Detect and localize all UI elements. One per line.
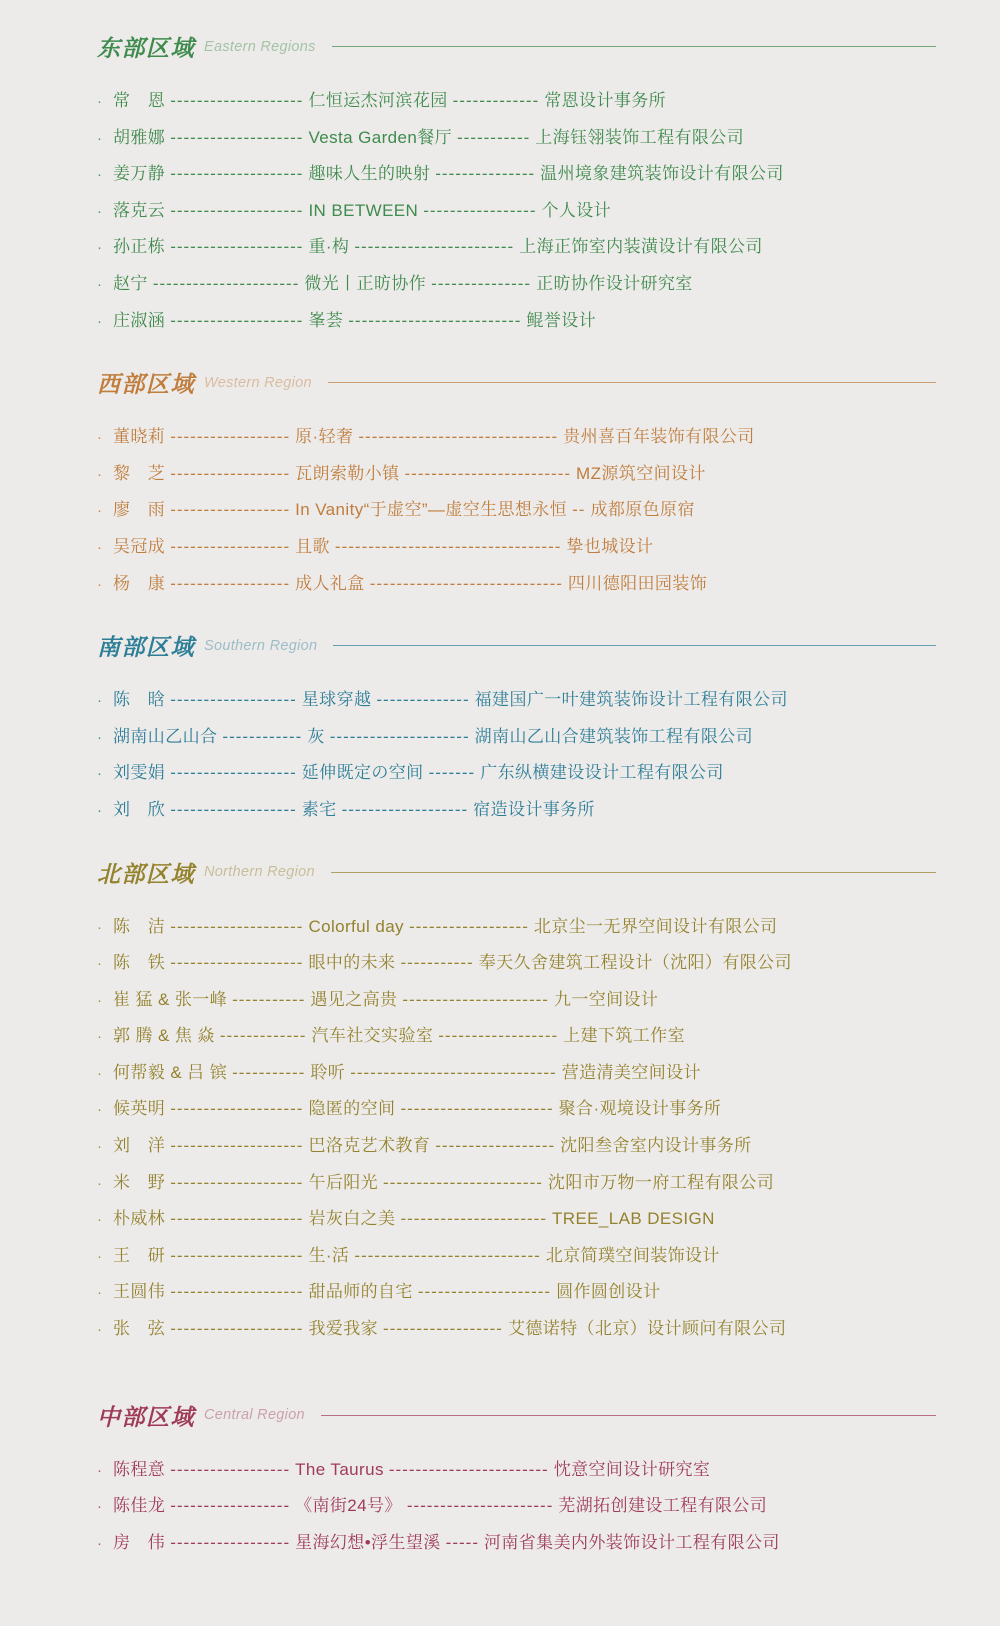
company-name: 艾德诺特（北京）设计顾问有限公司	[508, 1319, 786, 1338]
designer-name: 王圆伟	[113, 1282, 165, 1301]
entry-row: ·杨 康------------------成人礼盒--------------…	[97, 566, 936, 603]
designer-name: 吴冠成	[113, 537, 165, 556]
company-name: 个人设计	[541, 201, 611, 220]
dash-leader: -------------------	[342, 800, 469, 819]
project-name: IN BETWEEN	[308, 201, 418, 220]
bullet-dot-icon: ·	[97, 304, 113, 340]
project-name: 灰	[307, 727, 324, 746]
dash-leader: -----------	[400, 953, 473, 972]
region-title-zh: 南部区域	[97, 629, 195, 662]
company-name: 湖南山乙山合建筑装饰工程有限公司	[475, 727, 753, 746]
dash-leader: ------------------	[438, 1026, 558, 1045]
project-name: 眼中的未来	[308, 953, 395, 972]
dash-leader: ------------------	[435, 1136, 555, 1155]
sections-container: 东部区域 Eastern Regions ·常 恩---------------…	[97, 30, 936, 1561]
entry-row: ·董晓莉------------------原·轻奢--------------…	[97, 419, 936, 456]
dash-leader: ------------------------	[389, 1460, 549, 1479]
entry-list: ·董晓莉------------------原·轻奢--------------…	[97, 419, 936, 602]
dash-leader: ------------------	[170, 427, 290, 446]
bullet-dot-icon: ·	[97, 1239, 113, 1275]
designer-name: 张 弦	[113, 1319, 165, 1338]
entry-row: ·姜万静--------------------趣味人生的映射---------…	[97, 156, 936, 193]
company-name: 忱意空间设计研究室	[554, 1460, 711, 1479]
bullet-dot-icon: ·	[97, 194, 113, 230]
region-title-en: Northern Region	[204, 864, 315, 880]
bullet-dot-icon: ·	[97, 1453, 113, 1489]
dash-leader: -------	[429, 763, 476, 782]
dash-leader: ------------------	[383, 1319, 503, 1338]
dash-leader: ----------------------	[153, 274, 300, 293]
company-name: 挚也城设计	[566, 537, 653, 556]
entry-row: ·庄淑涵--------------------峯荟--------------…	[97, 303, 936, 340]
region-title-zh: 西部区域	[97, 366, 195, 399]
dash-leader: ------------	[222, 727, 302, 746]
entry-row: ·郭 腾 & 焦 焱-------------汽车社交实验室----------…	[97, 1018, 936, 1055]
region-header: 南部区域 Southern Region	[97, 629, 936, 662]
dash-leader: ------------------	[170, 1496, 290, 1515]
project-name: 微光丨正昉协作	[304, 274, 426, 293]
entry-row: ·湖南山乙山合------------灰--------------------…	[97, 719, 936, 756]
dash-leader: ----------------------	[402, 990, 549, 1009]
company-name: 上海正饰室内装潢设计有限公司	[519, 237, 763, 256]
company-name: 广东纵横建设设计工程有限公司	[480, 763, 724, 782]
dash-leader: --------------------	[418, 1282, 551, 1301]
region-title-en: Western Region	[204, 375, 312, 391]
entry-row: ·朴威林--------------------岩灰白之美-----------…	[97, 1201, 936, 1238]
dash-leader: --------------------	[170, 1319, 303, 1338]
company-name: 沈阳市万物一府工程有限公司	[548, 1173, 774, 1192]
project-name: In Vanity“于虚空”—虚空生思想永恒	[295, 500, 567, 519]
dash-leader: --------------------	[170, 1136, 303, 1155]
designer-name: 黎 芝	[113, 464, 165, 483]
company-name: 温州境象建筑装饰设计有限公司	[540, 164, 784, 183]
entry-row: ·张 弦--------------------我爱我家------------…	[97, 1311, 936, 1348]
designer-name: 候英明	[113, 1099, 165, 1118]
dash-leader: -----------	[457, 128, 530, 147]
dash-leader: ------------------	[409, 917, 529, 936]
company-name: 福建国广一叶建筑装饰设计工程有限公司	[475, 690, 788, 709]
entry-row: ·胡雅娜--------------------Vesta Garden餐厅--…	[97, 120, 936, 157]
dash-leader: -------------	[453, 91, 540, 110]
project-name: Vesta Garden餐厅	[308, 128, 452, 147]
designer-name: 陈程意	[113, 1460, 165, 1479]
dash-leader: ------------------	[170, 500, 290, 519]
entry-list: ·陈 洁--------------------Colorful day----…	[97, 909, 936, 1348]
dash-leader: --------------------	[170, 201, 303, 220]
bullet-dot-icon: ·	[97, 567, 113, 603]
designer-name: 落克云	[113, 201, 165, 220]
dash-leader: -----------	[232, 1063, 305, 1082]
bullet-dot-icon: ·	[97, 946, 113, 982]
entry-row: ·王 研--------------------生·活-------------…	[97, 1238, 936, 1275]
company-name: 聚合·观境设计事务所	[559, 1099, 722, 1118]
entry-row: ·黎 芝------------------瓦朗索勒小镇------------…	[97, 456, 936, 493]
project-name: 汽车社交实验室	[311, 1026, 433, 1045]
project-name: 生·活	[308, 1246, 349, 1265]
dash-leader: -------------------	[170, 800, 297, 819]
project-name: Colorful day	[308, 917, 404, 936]
bullet-dot-icon: ·	[97, 1202, 113, 1238]
dash-leader: --------------------	[170, 128, 303, 147]
dash-leader: ------------------	[170, 574, 290, 593]
dash-leader: -------------	[220, 1026, 307, 1045]
header-rule	[321, 1415, 936, 1416]
dash-leader: ------------------------	[354, 237, 514, 256]
company-name: 四川德阳田园装饰	[568, 574, 707, 593]
dash-leader: ----------------------------------	[335, 537, 561, 556]
bullet-dot-icon: ·	[97, 1166, 113, 1202]
company-name: 沈阳叁舍室内设计事务所	[560, 1136, 751, 1155]
bullet-dot-icon: ·	[97, 1129, 113, 1165]
entry-row: ·陈 洁--------------------Colorful day----…	[97, 909, 936, 946]
bullet-dot-icon: ·	[97, 1275, 113, 1311]
project-name: 星海幻想•浮生望溪	[295, 1533, 441, 1552]
bullet-dot-icon: ·	[97, 1489, 113, 1525]
project-name: 且歌	[295, 537, 330, 556]
project-name: 素宅	[302, 800, 337, 819]
company-name: 北京尘一无界空间设计有限公司	[534, 917, 778, 936]
entry-row: ·刘 洋--------------------巴洛克艺术教育---------…	[97, 1128, 936, 1165]
regional-award-list-page: 东部区域 Eastern Regions ·常 恩---------------…	[0, 0, 1000, 1626]
entry-row: ·落克云--------------------IN BETWEEN------…	[97, 193, 936, 230]
dash-leader: ---------------------	[330, 727, 470, 746]
bullet-dot-icon: ·	[97, 1526, 113, 1562]
dash-leader: ----------------------	[407, 1496, 554, 1515]
company-name: 贵州喜百年装饰有限公司	[563, 427, 754, 446]
company-name: 上建下筑工作室	[563, 1026, 685, 1045]
company-name: 芜湖拓创建设工程有限公司	[558, 1496, 767, 1515]
company-name: 常恩设计事务所	[544, 91, 666, 110]
company-name: 宿造设计事务所	[473, 800, 595, 819]
designer-name: 刘 欣	[113, 800, 165, 819]
bullet-dot-icon: ·	[97, 457, 113, 493]
bullet-dot-icon: ·	[97, 1312, 113, 1348]
project-name: 重·构	[308, 237, 349, 256]
designer-name: 陈佳龙	[113, 1496, 165, 1515]
dash-leader: ------------------	[170, 464, 290, 483]
entry-row: ·陈 铁--------------------眼中的未来-----------…	[97, 945, 936, 982]
company-name: 北京简璞空间装饰设计	[546, 1246, 720, 1265]
company-name: 奉天久舍建筑工程设计（沈阳）有限公司	[479, 953, 792, 972]
entry-row: ·何帮毅 & 吕 镔-----------聆听-----------------…	[97, 1055, 936, 1092]
designer-name: 米 野	[113, 1173, 165, 1192]
designer-name: 廖 雨	[113, 500, 165, 519]
designer-name: 刘雯娟	[113, 763, 165, 782]
dash-leader: --------------------	[170, 1173, 303, 1192]
bullet-dot-icon: ·	[97, 121, 113, 157]
dash-leader: -----------------------------	[370, 574, 563, 593]
entry-row: ·候英明--------------------隐匿的空间-----------…	[97, 1091, 936, 1128]
entry-row: ·米 野--------------------午后阳光------------…	[97, 1165, 936, 1202]
region-section: 东部区域 Eastern Regions ·常 恩---------------…	[97, 30, 936, 339]
designer-name: 何帮毅 & 吕 镔	[113, 1063, 227, 1082]
bullet-dot-icon: ·	[97, 157, 113, 193]
designer-name: 王 研	[113, 1246, 165, 1265]
dash-leader: --------------------	[170, 164, 303, 183]
dash-leader: ----------------------	[400, 1209, 547, 1228]
project-name: 延伸既定の空间	[302, 763, 424, 782]
region-section: 西部区域 Western Region ·董晓莉----------------…	[97, 366, 936, 602]
header-rule	[333, 645, 936, 646]
region-title-en: Southern Region	[204, 638, 317, 654]
project-name: 隐匿的空间	[308, 1099, 395, 1118]
entry-row: ·房 伟------------------星海幻想•浮生望溪-----河南省集…	[97, 1525, 936, 1562]
project-name: 原·轻奢	[295, 427, 353, 446]
entry-row: ·吴冠成------------------且歌----------------…	[97, 529, 936, 566]
dash-leader: ---------------	[431, 274, 531, 293]
designer-name: 陈 铁	[113, 953, 165, 972]
dash-leader: -------------------	[170, 690, 297, 709]
designer-name: 崔 猛 & 张一峰	[113, 990, 227, 1009]
designer-name: 董晓莉	[113, 427, 165, 446]
dash-leader: --------------------	[170, 311, 303, 330]
dash-leader: --------------------	[170, 953, 303, 972]
dash-leader: ---------------	[435, 164, 535, 183]
dash-leader: ------------------	[170, 1533, 290, 1552]
entry-list: ·常 恩--------------------仁恒运杰河滨花园--------…	[97, 83, 936, 339]
project-name: 聆听	[310, 1063, 345, 1082]
project-name: 遇见之高贵	[310, 990, 397, 1009]
designer-name: 常 恩	[113, 91, 165, 110]
dash-leader: -------------------------	[405, 464, 572, 483]
company-name: MZ源筑空间设计	[576, 464, 706, 483]
project-name: 仁恒运杰河滨花园	[308, 91, 447, 110]
company-name: 九一空间设计	[554, 990, 658, 1009]
designer-name: 陈 晗	[113, 690, 165, 709]
dash-leader: --------------------	[170, 1099, 303, 1118]
bullet-dot-icon: ·	[97, 267, 113, 303]
dash-leader: --------------------	[170, 1209, 303, 1228]
region-section: 中部区域 Central Region ·陈程意----------------…	[97, 1399, 936, 1562]
dash-leader: --------------------	[170, 237, 303, 256]
designer-name: 庄淑涵	[113, 311, 165, 330]
bullet-dot-icon: ·	[97, 793, 113, 829]
designer-name: 赵宁	[113, 274, 148, 293]
region-title-zh: 北部区域	[97, 856, 195, 889]
entry-list: ·陈 晗-------------------星球穿越-------------…	[97, 682, 936, 828]
bullet-dot-icon: ·	[97, 530, 113, 566]
designer-name: 湖南山乙山合	[113, 727, 217, 746]
project-name: 瓦朗索勒小镇	[295, 464, 399, 483]
company-name: TREE_LAB DESIGN	[552, 1209, 715, 1228]
dash-leader: -------------------------------	[350, 1063, 557, 1082]
region-header: 中部区域 Central Region	[97, 1399, 936, 1432]
bullet-dot-icon: ·	[97, 983, 113, 1019]
entry-row: ·王圆伟--------------------甜品师的自宅----------…	[97, 1274, 936, 1311]
project-name: 趣味人生的映射	[308, 164, 430, 183]
bullet-dot-icon: ·	[97, 1092, 113, 1128]
dash-leader: --------------------	[170, 917, 303, 936]
header-rule	[328, 382, 936, 383]
project-name: The Taurus	[295, 1460, 384, 1479]
dash-leader: --------------	[376, 690, 469, 709]
region-section: 南部区域 Southern Region ·陈 晗---------------…	[97, 629, 936, 828]
entry-row: ·常 恩--------------------仁恒运杰河滨花园--------…	[97, 83, 936, 120]
entry-list: ·陈程意------------------The Taurus--------…	[97, 1452, 936, 1562]
dash-leader: ----------------------------	[354, 1246, 541, 1265]
company-name: 圆作圆创设计	[556, 1282, 660, 1301]
company-name: 鲲誉设计	[526, 311, 596, 330]
dash-leader: --	[572, 500, 585, 519]
region-header: 北部区域 Northern Region	[97, 856, 936, 889]
dash-leader: -------------------	[170, 763, 297, 782]
designer-name: 杨 康	[113, 574, 165, 593]
designer-name: 孙正栋	[113, 237, 165, 256]
dash-leader: --------------------	[170, 1246, 303, 1265]
entry-row: ·孙正栋--------------------重·构-------------…	[97, 229, 936, 266]
designer-name: 郭 腾 & 焦 焱	[113, 1026, 215, 1045]
dash-leader: -----------	[232, 990, 305, 1009]
designer-name: 刘 洋	[113, 1136, 165, 1155]
dash-leader: ------------------------	[383, 1173, 543, 1192]
bullet-dot-icon: ·	[97, 720, 113, 756]
dash-leader: -----	[446, 1533, 479, 1552]
header-rule	[331, 872, 936, 873]
bullet-dot-icon: ·	[97, 683, 113, 719]
designer-name: 房 伟	[113, 1533, 165, 1552]
dash-leader: -----------------	[423, 201, 536, 220]
bullet-dot-icon: ·	[97, 1019, 113, 1055]
entry-row: ·陈佳龙------------------《南街24号》-----------…	[97, 1488, 936, 1525]
entry-row: ·崔 猛 & 张一峰-----------遇见之高贵--------------…	[97, 982, 936, 1019]
project-name: 岩灰白之美	[308, 1209, 395, 1228]
designer-name: 朴威林	[113, 1209, 165, 1228]
company-name: 上海钰翎装饰工程有限公司	[535, 128, 744, 147]
bullet-dot-icon: ·	[97, 420, 113, 456]
designer-name: 陈 洁	[113, 917, 165, 936]
region-header: 西部区域 Western Region	[97, 366, 936, 399]
dash-leader: --------------------	[170, 91, 303, 110]
entry-row: ·陈程意------------------The Taurus--------…	[97, 1452, 936, 1489]
project-name: 午后阳光	[308, 1173, 378, 1192]
entry-row: ·刘 欣-------------------素宅---------------…	[97, 792, 936, 829]
region-header: 东部区域 Eastern Regions	[97, 30, 936, 63]
region-section: 北部区域 Northern Region ·陈 洁---------------…	[97, 856, 936, 1348]
project-name: 我爱我家	[308, 1319, 378, 1338]
bullet-dot-icon: ·	[97, 910, 113, 946]
bullet-dot-icon: ·	[97, 756, 113, 792]
company-name: 正昉协作设计研究室	[536, 274, 693, 293]
bullet-dot-icon: ·	[97, 493, 113, 529]
entry-row: ·陈 晗-------------------星球穿越-------------…	[97, 682, 936, 719]
project-name: 峯荟	[308, 311, 343, 330]
entry-row: ·赵宁----------------------微光丨正昉协作--------…	[97, 266, 936, 303]
header-rule	[332, 46, 936, 47]
dash-leader: ------------------	[170, 537, 290, 556]
dash-leader: ------------------	[170, 1460, 290, 1479]
company-name: 营造清美空间设计	[562, 1063, 701, 1082]
project-name: 《南街24号》	[295, 1496, 402, 1515]
designer-name: 胡雅娜	[113, 128, 165, 147]
designer-name: 姜万静	[113, 164, 165, 183]
project-name: 星球穿越	[302, 690, 372, 709]
company-name: 成都原色原宿	[590, 500, 694, 519]
dash-leader: --------------------	[170, 1282, 303, 1301]
region-title-en: Central Region	[204, 1407, 305, 1423]
bullet-dot-icon: ·	[97, 1056, 113, 1092]
company-name: 河南省集美内外装饰设计工程有限公司	[484, 1533, 780, 1552]
entry-row: ·廖 雨------------------In Vanity“于虚空”—虚空生…	[97, 492, 936, 529]
entry-row: ·刘雯娟-------------------延伸既定の空间-------广东纵…	[97, 755, 936, 792]
region-title-en: Eastern Regions	[204, 39, 316, 55]
dash-leader: ------------------------------	[358, 427, 558, 446]
project-name: 成人礼盒	[295, 574, 365, 593]
bullet-dot-icon: ·	[97, 84, 113, 120]
project-name: 巴洛克艺术教育	[308, 1136, 430, 1155]
region-title-zh: 中部区域	[97, 1399, 195, 1432]
region-title-zh: 东部区域	[97, 30, 195, 63]
dash-leader: -----------------------	[400, 1099, 553, 1118]
bullet-dot-icon: ·	[97, 230, 113, 266]
project-name: 甜品师的自宅	[308, 1282, 412, 1301]
dash-leader: --------------------------	[348, 311, 521, 330]
